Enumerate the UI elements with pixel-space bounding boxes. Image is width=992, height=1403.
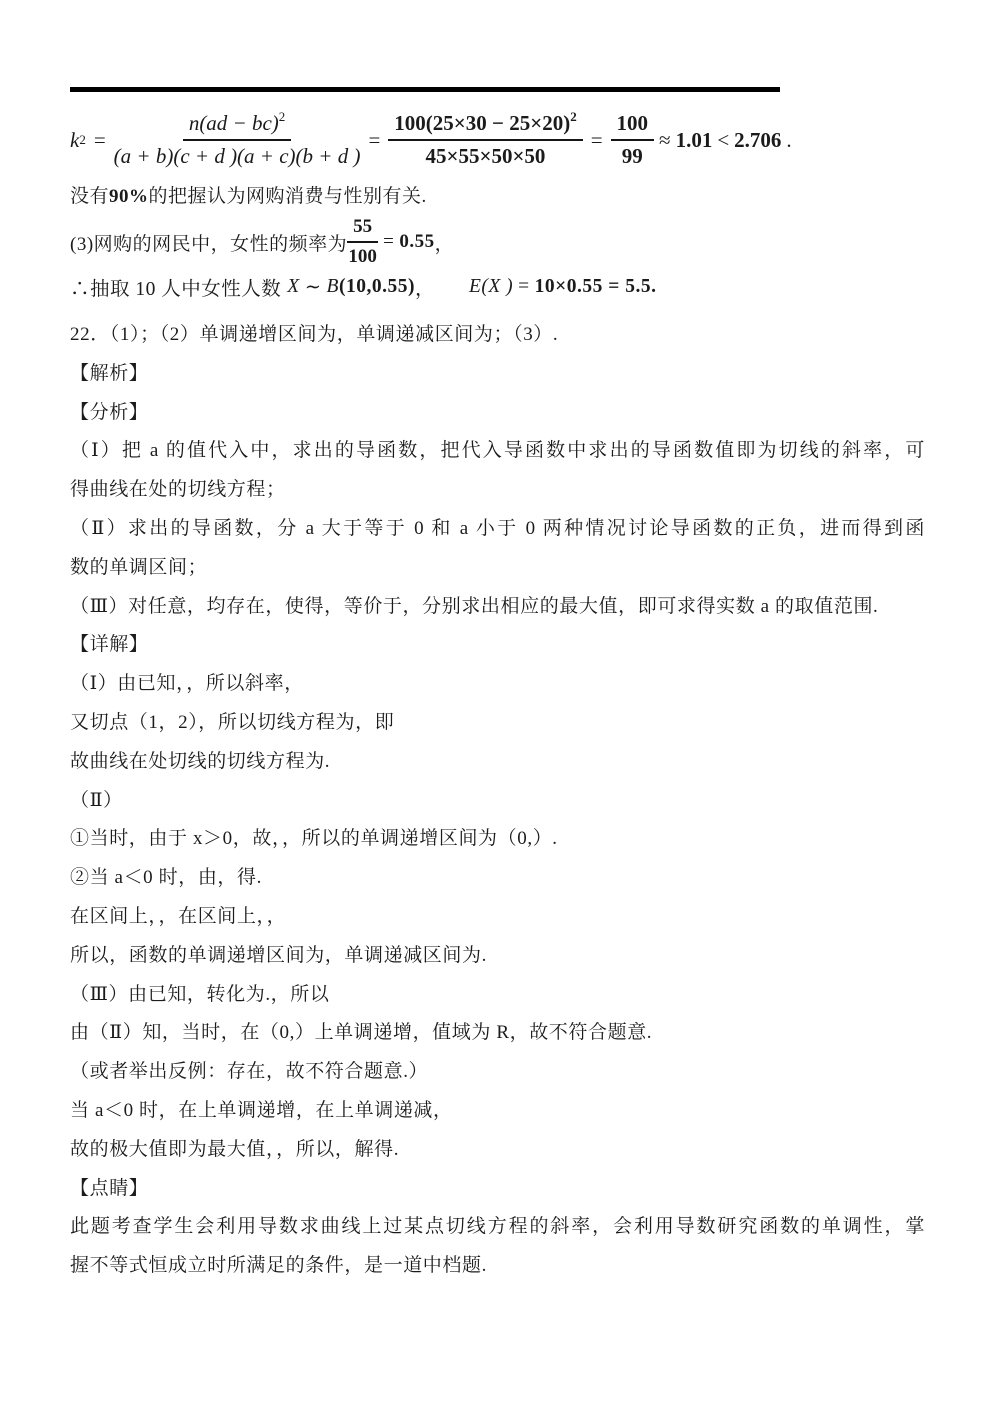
fraction-numeric-denominator: 45×55×50×50 [426, 141, 546, 169]
random-variable-x: X [287, 276, 299, 298]
summary-line2: 握不等式恒成立时所满足的条件，是一道中档题. [70, 1247, 925, 1286]
fraction-numeric: 100(25×30 − 25×20)2 45×55×50×50 [388, 111, 582, 169]
equals-sign-1: = [94, 128, 106, 153]
binomial-symbol: B [327, 276, 339, 298]
detail-II-case2: ②当 a＜0 时，由，得. [70, 859, 925, 898]
approx-sign: ≈ [659, 128, 671, 153]
part3-lead: (3)网购的网民中，女性的频率为 [70, 229, 347, 256]
part3-line: (3)网购的网民中，女性的频率为 55 100 = 0.55 ， [70, 214, 925, 270]
detail-I-line1: （Ⅰ）由已知，，所以斜率， [70, 665, 925, 704]
analysis-III-line: （Ⅲ）对任意，均存在，使得，等价于，分别求出相应的最大值，即可求得实数 a 的取… [70, 588, 925, 627]
detail-II-case1: ①当时，由于 x＞0，故，，所以的单调递增区间为（0,）. [70, 820, 925, 859]
document-page: k2 = n(ad − bc)2 (a + b)(c + d )(a + c)(… [0, 0, 992, 1403]
section-dianjing: 【点睛】 [70, 1170, 925, 1209]
fraction-frequency: 55 100 [347, 216, 378, 268]
conclusion-suffix: 的把握认为网购消费与性别有关. [149, 186, 427, 207]
detail-III-line3: （或者举出反例：存在，故不符合题意.） [70, 1053, 925, 1092]
fraction-result-denominator: 99 [622, 141, 643, 169]
part3-equals: = [383, 231, 394, 253]
analysis-I-line1: （Ⅰ）把 a 的值代入中，求出的导函数，把代入导函数中求出的导函数值即为切线的斜… [70, 432, 925, 471]
frequency-value: 0.55 [399, 231, 434, 253]
section-xiangjie: 【详解】 [70, 626, 925, 665]
k-squared-formula: k2 = n(ad − bc)2 (a + b)(c + d )(a + c)(… [70, 102, 925, 178]
therefore-lead: ∴抽取 10 人中女性人数 [70, 273, 281, 301]
fraction-symbolic-numerator: n(ad − bc)2 [183, 111, 291, 141]
fraction-symbolic: n(ad − bc)2 (a + b)(c + d )(a + c)(b + d… [114, 111, 361, 169]
detail-III-line5: 故的极大值即为最大值，，所以，解得. [70, 1131, 925, 1170]
k-squared-value: 1.01 [676, 128, 713, 153]
equals-sign-3: = [591, 128, 603, 153]
section-jiexi: 【解析】 [70, 355, 925, 394]
fraction-frequency-numerator: 55 [347, 216, 378, 243]
expectation-value: 10×0.55 = 5.5. [535, 276, 657, 298]
paragraph-list: 22．（1）；（2）单调递增区间为，单调递减区间为；（3）.【解析】【分析】（Ⅰ… [70, 316, 925, 1286]
detail-III-line4: 当 a＜0 时，在上单调递增，在上单调递减， [70, 1092, 925, 1131]
critical-value: 2.706 [734, 128, 781, 153]
fraction-numeric-numerator: 100(25×30 − 25×20)2 [388, 111, 582, 141]
answer-22: 22．（1）；（2）单调递增区间为，单调递减区间为；（3）. [70, 316, 925, 355]
therefore-separator: ， [415, 273, 435, 301]
summary-line1: 此题考查学生会利用导数求曲线上过某点切线方程的斜率，会利用导数研究函数的单调性，… [70, 1208, 925, 1247]
binomial-args: (10,0.55) [339, 276, 415, 298]
detail-I-line2: 又切点（1，2），所以切线方程为，即 [70, 704, 925, 743]
document-content: k2 = n(ad − bc)2 (a + b)(c + d )(a + c)(… [0, 87, 992, 1286]
part3-comma: ， [435, 229, 455, 256]
detail-III-line1: （Ⅲ）由已知，转化为.，所以 [70, 976, 925, 1015]
fraction-frequency-denominator: 100 [348, 243, 377, 268]
analysis-I-line2: 得曲线在处的切线方程； [70, 471, 925, 510]
formula-period: . [786, 128, 791, 153]
equals-sign-2: = [368, 128, 380, 153]
therefore-line: ∴抽取 10 人中女性人数 X ∼ B (10,0.55) ， E (X ) =… [70, 272, 925, 302]
analysis-II-line2: 数的单调区间； [70, 549, 925, 588]
fraction-result: 100 99 [611, 111, 655, 169]
section-fenxi: 【分析】 [70, 394, 925, 433]
confidence-percent: 90% [109, 186, 149, 207]
detail-II-intervals: 在区间上，，在区间上，， [70, 898, 925, 937]
fraction-result-numerator: 100 [611, 111, 655, 141]
expectation-arg: (X ) [481, 276, 513, 298]
conclusion-line: 没有90%的把握认为网购消费与性别有关. [70, 184, 925, 210]
detail-I-line3: 故曲线在处切线的切线方程为. [70, 743, 925, 782]
conclusion-prefix: 没有 [70, 186, 109, 207]
detail-II-conclusion: 所以，函数的单调递增区间为，单调递减区间为. [70, 937, 925, 976]
expectation-symbol: E [469, 276, 481, 298]
fraction-symbolic-denominator: (a + b)(c + d )(a + c)(b + d ) [114, 141, 361, 169]
detail-III-line2: 由（Ⅱ）知，当时，在（0,）上单调递增，值域为 R，故不符合题意. [70, 1014, 925, 1053]
formula-k-base: k [70, 128, 79, 153]
less-than-sign: < [717, 128, 729, 153]
expectation-equals: = [518, 276, 530, 298]
distributed-as-sign: ∼ [305, 275, 322, 299]
detail-II-heading: （Ⅱ） [70, 782, 925, 821]
analysis-II-line1: （Ⅱ）求出的导函数，分 a 大于等于 0 和 a 小于 0 两种情况讨论导函数的… [70, 510, 925, 549]
section-divider [70, 87, 780, 92]
